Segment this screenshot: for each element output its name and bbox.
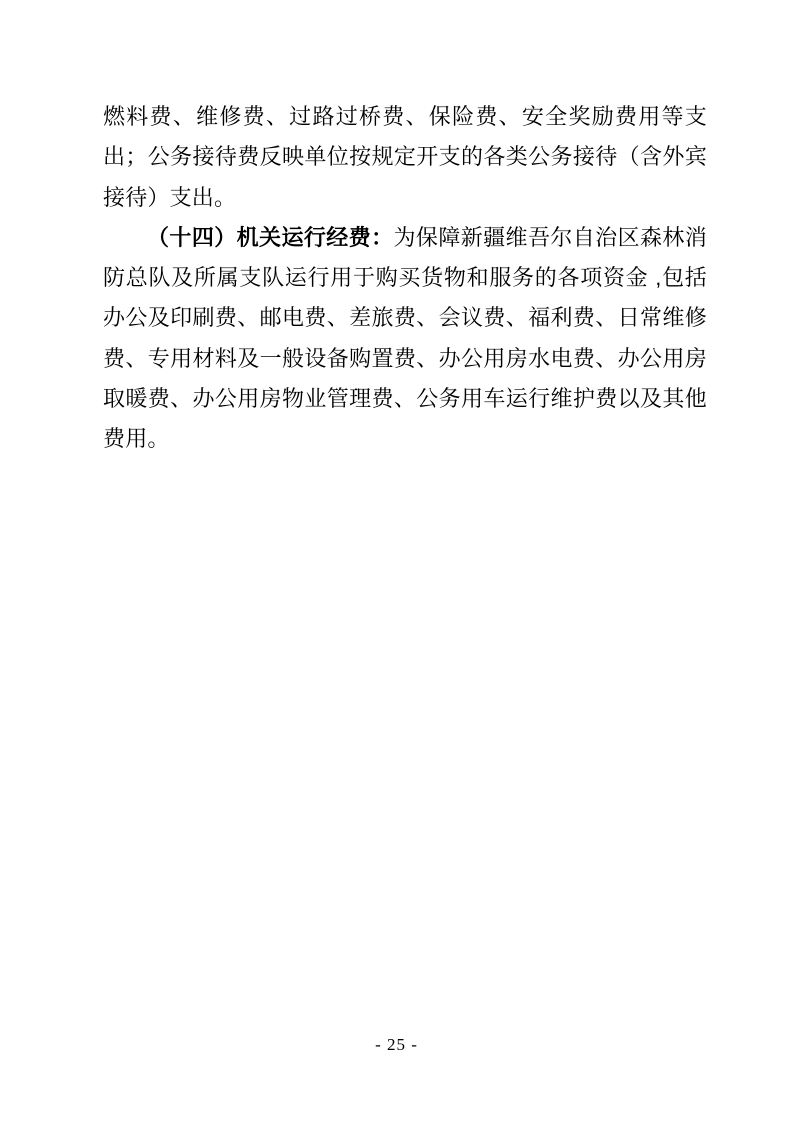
- page-number: - 25 -: [375, 1035, 418, 1054]
- document-body: 燃料费、维修费、过路过桥费、保险费、安全奖励费用等支出；公务接待费反映单位按规定…: [103, 97, 707, 460]
- paragraph-agency-operating-funds: （十四）机关运行经费：为保障新疆维吾尔自治区森林消防总队及所属支队运行用于购买货…: [103, 218, 707, 460]
- page-footer: - 25 -: [0, 1035, 793, 1055]
- document-page: 燃料费、维修费、过路过桥费、保险费、安全奖励费用等支出；公务接待费反映单位按规定…: [0, 0, 793, 1122]
- paragraph-agency-operating-funds-text: 为保障新疆维吾尔自治区森林消防总队及所属支队运行用于购买货物和服务的各项资金 ,…: [103, 225, 707, 451]
- paragraph-vehicle-expenses: 燃料费、维修费、过路过桥费、保险费、安全奖励费用等支出；公务接待费反映单位按规定…: [103, 97, 707, 218]
- paragraph-vehicle-expenses-text: 燃料费、维修费、过路过桥费、保险费、安全奖励费用等支出；公务接待费反映单位按规定…: [103, 104, 707, 210]
- paragraph-lead-heading: （十四）机关运行经费：: [147, 225, 394, 250]
